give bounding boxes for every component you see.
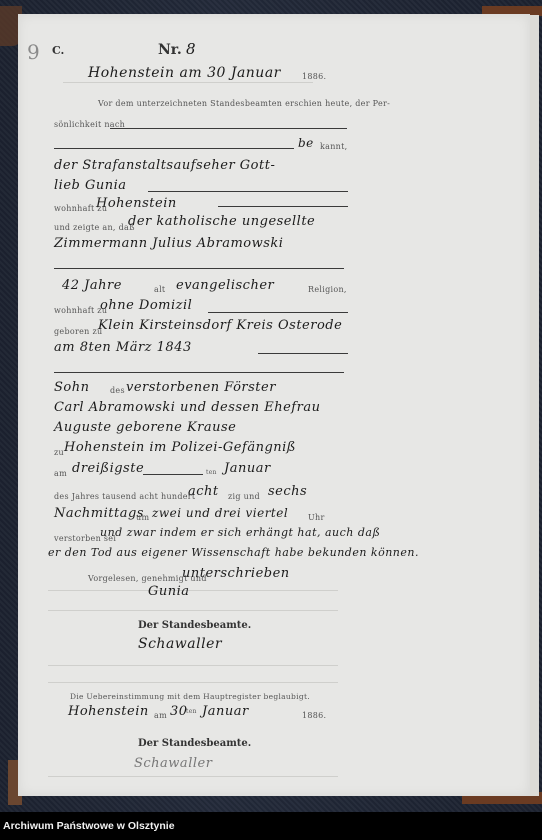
parents-line-2: Carl Abramowski und dessen Ehefrau xyxy=(54,400,320,415)
informant-line-2: lieb Gunia xyxy=(54,178,127,193)
born-line-2: am 8ten März 1843 xyxy=(54,340,192,355)
official-signature-2: Schawaller xyxy=(134,756,212,771)
age-label: alt xyxy=(154,285,165,294)
number-value: 8 xyxy=(186,40,196,58)
informant-line-1: der Strafanstaltsaufseher Gott- xyxy=(54,158,275,173)
deceased-line-1: der katholische ungesellte xyxy=(128,214,315,229)
death-place-value: Hohenstein im Polizei-Gefängniß xyxy=(64,440,296,455)
cert-month: Januar xyxy=(202,704,249,719)
residence-value: Hohenstein xyxy=(96,196,177,211)
time-value: Nachmittags xyxy=(54,506,144,521)
intro-text: Vor dem unterzeichneten Standesbeamten e… xyxy=(98,99,390,108)
blank-line xyxy=(54,148,294,149)
known-label: kannt, xyxy=(320,142,347,151)
death-month-value: Januar xyxy=(224,461,271,476)
year-tens: acht xyxy=(188,484,219,499)
report-label: und zeigte an, daß xyxy=(54,223,135,232)
blank-line xyxy=(258,353,348,354)
official-title: Der Standesbeamte. xyxy=(138,620,251,631)
archive-name: Archiwum Państwowe w Olsztynie xyxy=(3,820,175,832)
register-page: 9 C. Nr. 8 Hohenstein am 30 Januar 1886.… xyxy=(18,14,530,796)
year-text: des Jahres tausend acht hundert xyxy=(54,492,195,501)
time-uhr: Uhr xyxy=(308,513,325,522)
blank-line xyxy=(48,776,338,777)
year-units: sechs xyxy=(268,484,307,499)
blank-line xyxy=(48,610,338,611)
place-date: Hohenstein am 30 Januar xyxy=(88,65,281,81)
blank-line xyxy=(208,312,348,313)
died-value-2: er den Tod aus eigener Wissenschaft habe… xyxy=(48,546,419,559)
known-suffix: be xyxy=(298,136,314,150)
died-value: und zwar indem er sich erhängt hat, auch… xyxy=(100,526,380,539)
death-day-value: dreißigste xyxy=(72,461,144,476)
blank-line xyxy=(54,372,344,373)
time-label: um xyxy=(136,513,149,522)
parents-line-3: Auguste geborene Krause xyxy=(54,420,236,435)
year: 1886. xyxy=(302,72,326,81)
series-letter: C. xyxy=(52,44,64,57)
year-zig: zig und xyxy=(228,492,260,501)
official-signature: Schawaller xyxy=(138,636,222,652)
religion-label: Religion, xyxy=(308,285,347,294)
time-value-2: zwei und drei viertel xyxy=(152,506,288,520)
blank-line xyxy=(218,206,348,207)
death-day-suffix: ten xyxy=(206,469,217,476)
blank-line xyxy=(48,682,338,683)
blank-line xyxy=(54,268,344,269)
death-place-label: zu xyxy=(54,448,64,457)
cert-day-suffix: ten xyxy=(186,708,197,715)
blank-line xyxy=(143,474,203,475)
blank-line xyxy=(110,128,347,129)
religion-value: evangelischer xyxy=(176,278,274,293)
cert-place: Hohenstein xyxy=(68,704,149,719)
blank-line xyxy=(48,665,338,666)
date-line xyxy=(63,82,313,83)
deceased-line-2: Zimmermann Julius Abramowski xyxy=(54,236,283,251)
number-label: Nr. xyxy=(158,42,182,58)
read-value: unterschrieben xyxy=(182,566,290,581)
blank-line xyxy=(148,191,348,192)
official-title-2: Der Standesbeamte. xyxy=(138,738,251,749)
age-value: 42 Jahre xyxy=(62,278,122,293)
margin-note: 9 xyxy=(27,40,40,64)
parents-line-1-label: des xyxy=(110,386,125,395)
cert-day: 30 xyxy=(170,704,188,719)
born-line-1: Klein Kirsteinsdorf Kreis Osterode xyxy=(98,318,342,333)
blank-line xyxy=(48,590,338,591)
parents-line-1: Sohn xyxy=(54,380,89,395)
cert-year: 1886. xyxy=(302,711,326,720)
death-day-label: am xyxy=(54,469,67,478)
parents-line-1-cont: verstorbenen Förster xyxy=(126,380,276,395)
born-label: geboren zu xyxy=(54,327,102,336)
informant-signature: Gunia xyxy=(148,584,190,599)
deceased-residence-value: ohne Domizil xyxy=(100,298,192,313)
cert-am: am xyxy=(154,711,167,720)
certification-text: Die Uebereinstimmung mit dem Hauptregist… xyxy=(70,692,310,701)
footer-bar: Archiwum Państwowe w Olsztynie xyxy=(0,812,542,840)
